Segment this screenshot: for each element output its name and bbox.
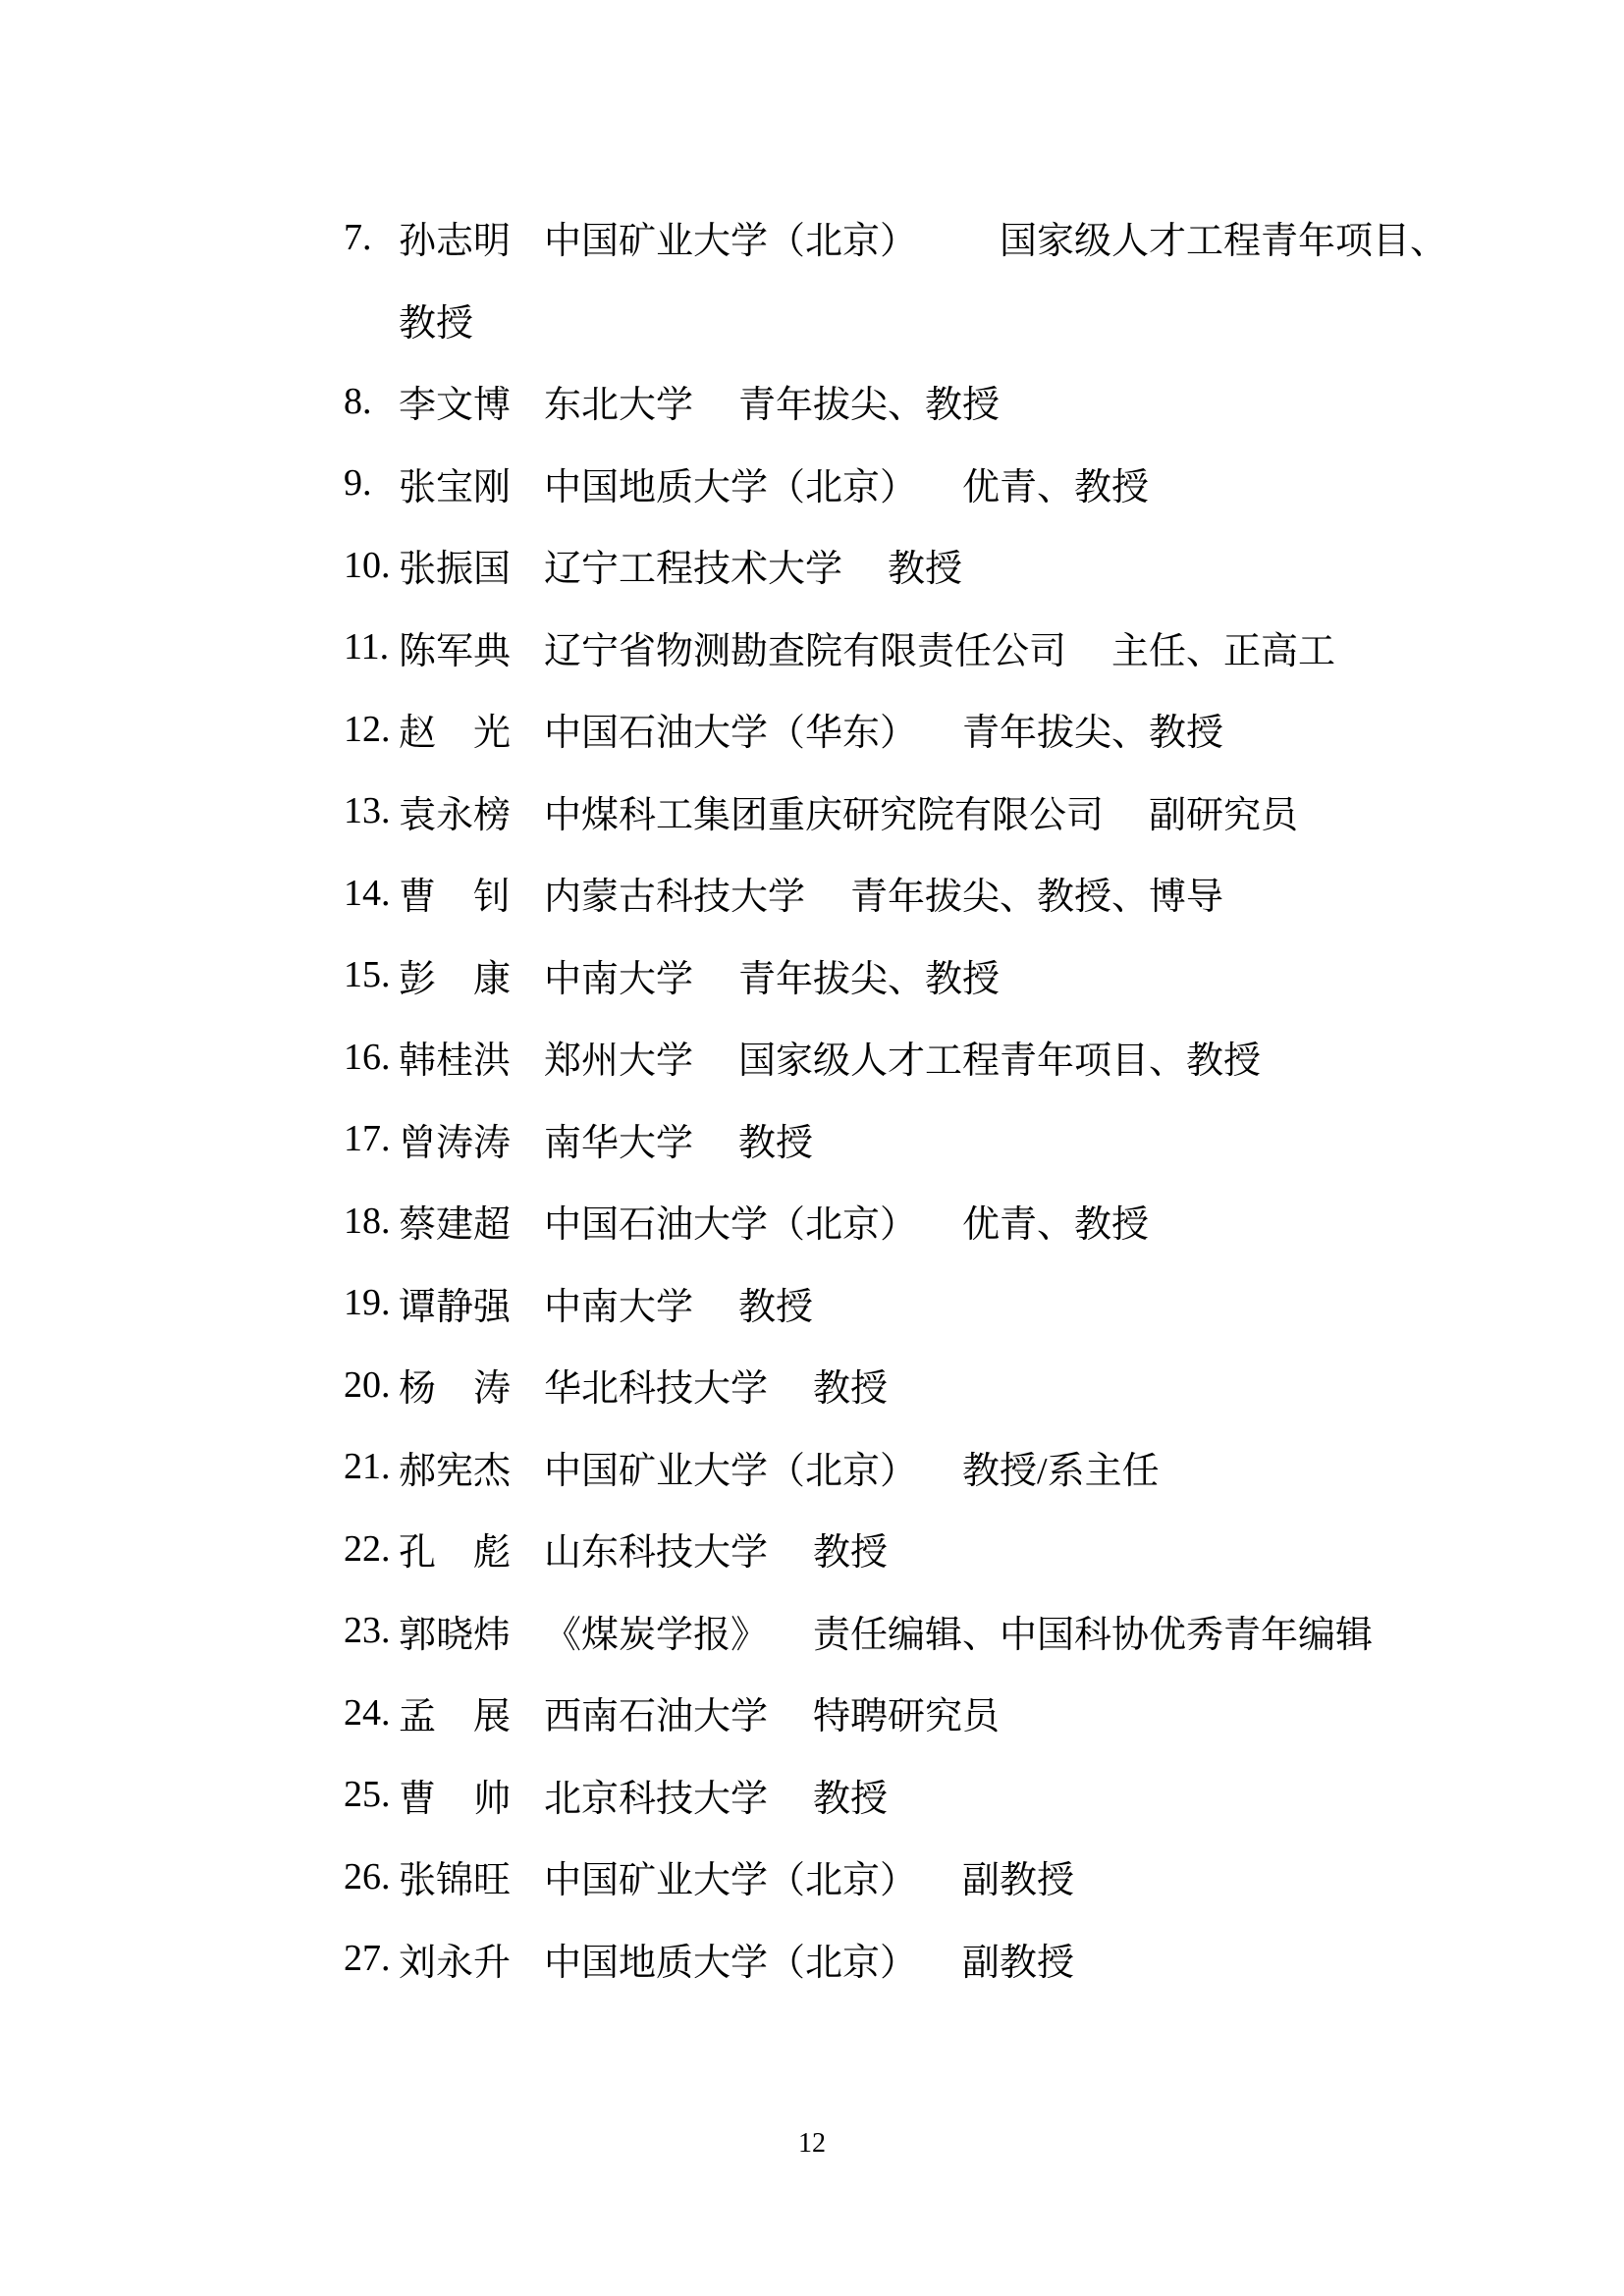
list-item: 22.孔 彪山东科技大学教授 [344, 1508, 1447, 1590]
list-item: 24.孟 展西南石油大学特聘研究员 [344, 1672, 1447, 1754]
list-item: 13.袁永榜中煤科工集团重庆研究院有限公司副研究员 [344, 771, 1447, 853]
entry-title-continuation: 教授 [399, 293, 473, 347]
entry-number: 25. [344, 1773, 399, 1816]
entry-name: 张宝刚 [399, 456, 511, 510]
entry-title: 教授 [888, 538, 962, 592]
list-item: 17.曾涛涛南华大学教授 [344, 1098, 1447, 1181]
page-number: 12 [0, 2128, 1624, 2160]
list-item: 23.郭晓炜《煤炭学报》责任编辑、中国科协优秀青年编辑 [344, 1590, 1447, 1673]
entry-name: 陈军典 [399, 620, 511, 674]
list-item: 16.韩桂洪郑州大学国家级人才工程青年项目、教授 [344, 1016, 1447, 1098]
list-item-continuation: 教授 [344, 279, 1447, 361]
entry-number: 9. [344, 461, 399, 505]
entry-title: 青年拔尖、教授、博导 [850, 866, 1223, 920]
entry-title: 特聘研究员 [813, 1685, 1000, 1739]
entry-number: 13. [344, 789, 399, 832]
entry-name: 李文博 [399, 374, 511, 428]
entry-number: 10. [344, 544, 399, 587]
entry-organization: 中国地质大学（北京） [544, 456, 917, 510]
entry-number: 14. [344, 872, 399, 915]
entry-number: 8. [344, 380, 399, 423]
entry-organization: 中国地质大学（北京） [544, 1932, 917, 1986]
entry-organization: 北京科技大学 [544, 1768, 768, 1822]
entry-title: 教授 [813, 1522, 888, 1575]
list-item: 7.孙志明中国矿业大学（北京） 国家级人才工程青年项目、 [344, 196, 1447, 279]
entry-name: 张振国 [399, 538, 511, 592]
list-item: 27.刘永升中国地质大学（北京）副教授 [344, 1918, 1447, 2001]
entry-organization: 中国矿业大学（北京） [544, 1849, 917, 1903]
entry-name: 孙志明 [399, 210, 511, 264]
list-item: 18.蔡建超中国石油大学（北京）优青、教授 [344, 1180, 1447, 1262]
entry-number: 17. [344, 1117, 399, 1160]
entry-organization: 中煤科工集团重庆研究院有限公司 [544, 784, 1104, 838]
entry-name: 蔡建超 [399, 1194, 511, 1248]
list-item: 11.陈军典辽宁省物测勘查院有限责任公司主任、正高工 [344, 607, 1447, 689]
entry-title: 教授 [738, 1276, 813, 1330]
entry-number: 22. [344, 1527, 399, 1571]
list-item: 8.李文博东北大学青年拔尖、教授 [344, 360, 1447, 443]
list-item: 25.曹 帅北京科技大学教授 [344, 1754, 1447, 1837]
entry-organization: 华北科技大学 [544, 1358, 768, 1412]
document-page: 7.孙志明中国矿业大学（北京） 国家级人才工程青年项目、教授8.李文博东北大学青… [0, 0, 1624, 2296]
entry-name: 袁永榜 [399, 784, 511, 838]
list-item: 15.彭 康中南大学青年拔尖、教授 [344, 934, 1447, 1017]
entry-organization: 辽宁工程技术大学 [544, 538, 842, 592]
entry-organization: 郑州大学 [544, 1030, 693, 1084]
entry-name: 杨 涛 [399, 1358, 511, 1412]
entry-title: 教授 [813, 1358, 888, 1412]
entry-title: 教授 [738, 1112, 813, 1166]
entry-name: 曹 钊 [399, 866, 511, 920]
entry-title: 优青、教授 [962, 1194, 1149, 1248]
entry-title: 青年拔尖、教授 [962, 702, 1223, 756]
list-item: 12.赵 光中国石油大学（华东）青年拔尖、教授 [344, 688, 1447, 771]
list-item: 9.张宝刚中国地质大学（北京）优青、教授 [344, 443, 1447, 525]
entry-name: 韩桂洪 [399, 1030, 511, 1084]
entry-organization: 中国石油大学（华东） [544, 702, 917, 756]
entry-number: 18. [344, 1200, 399, 1243]
entry-number: 24. [344, 1691, 399, 1735]
entry-number: 11. [344, 625, 399, 668]
entry-organization: 辽宁省物测勘查院有限责任公司 [544, 620, 1066, 674]
list-item: 26.张锦旺中国矿业大学（北京）副教授 [344, 1836, 1447, 1918]
list-item: 14.曹 钊内蒙古科技大学青年拔尖、教授、博导 [344, 852, 1447, 934]
list-item: 21.郝宪杰中国矿业大学（北京）教授/系主任 [344, 1426, 1447, 1509]
entry-title: 主任、正高工 [1111, 620, 1335, 674]
entry-title: 青年拔尖、教授 [738, 374, 1000, 428]
entry-organization: 中南大学 [544, 948, 693, 1002]
list-item: 10.张振国辽宁工程技术大学教授 [344, 524, 1447, 607]
list-item: 19.谭静强中南大学教授 [344, 1262, 1447, 1345]
entry-number: 19. [344, 1281, 399, 1324]
entry-number: 21. [344, 1445, 399, 1488]
entry-name: 郝宪杰 [399, 1440, 511, 1494]
entry-name: 张锦旺 [399, 1849, 511, 1903]
entry-title: 国家级人才工程青年项目、教授 [738, 1030, 1261, 1084]
entry-number: 23. [344, 1609, 399, 1652]
entry-organization: 东北大学 [544, 374, 693, 428]
entry-organization: 西南石油大学 [544, 1685, 768, 1739]
entry-number: 20. [344, 1363, 399, 1407]
entry-list: 7.孙志明中国矿业大学（北京） 国家级人才工程青年项目、教授8.李文博东北大学青… [344, 196, 1447, 2000]
entry-name: 赵 光 [399, 702, 511, 756]
entry-number: 27. [344, 1937, 399, 1980]
list-item: 20.杨 涛华北科技大学教授 [344, 1344, 1447, 1426]
entry-organization: 南华大学 [544, 1112, 693, 1166]
entry-organization: 中南大学 [544, 1276, 693, 1330]
entry-title: 教授/系主任 [962, 1440, 1160, 1494]
entry-organization: 《煤炭学报》 [544, 1604, 768, 1658]
entry-title: 副研究员 [1149, 784, 1298, 838]
entry-number: 7. [344, 216, 399, 259]
entry-name: 曹 帅 [399, 1768, 511, 1822]
entry-name: 孟 展 [399, 1685, 511, 1739]
entry-title: 国家级人才工程青年项目、 [962, 210, 1447, 264]
entry-name: 刘永升 [399, 1932, 511, 1986]
entry-title: 副教授 [962, 1932, 1074, 1986]
entry-organization: 中国矿业大学（北京） [544, 1440, 917, 1494]
entry-organization: 中国石油大学（北京） [544, 1194, 917, 1248]
entry-number: 16. [344, 1036, 399, 1079]
entry-number: 26. [344, 1855, 399, 1898]
entry-title: 青年拔尖、教授 [738, 948, 1000, 1002]
entry-title: 副教授 [962, 1849, 1074, 1903]
entry-title: 责任编辑、中国科协优秀青年编辑 [813, 1604, 1373, 1658]
entry-organization: 中国矿业大学（北京） [544, 210, 917, 264]
entry-name: 谭静强 [399, 1276, 511, 1330]
entry-organization: 山东科技大学 [544, 1522, 768, 1575]
entry-title: 优青、教授 [962, 456, 1149, 510]
entry-title: 教授 [813, 1768, 888, 1822]
entry-name: 孔 彪 [399, 1522, 511, 1575]
entry-number: 12. [344, 708, 399, 751]
entry-number: 15. [344, 953, 399, 996]
entry-name: 郭晓炜 [399, 1604, 511, 1658]
entry-name: 彭 康 [399, 948, 511, 1002]
entry-name: 曾涛涛 [399, 1112, 511, 1166]
entry-organization: 内蒙古科技大学 [544, 866, 805, 920]
